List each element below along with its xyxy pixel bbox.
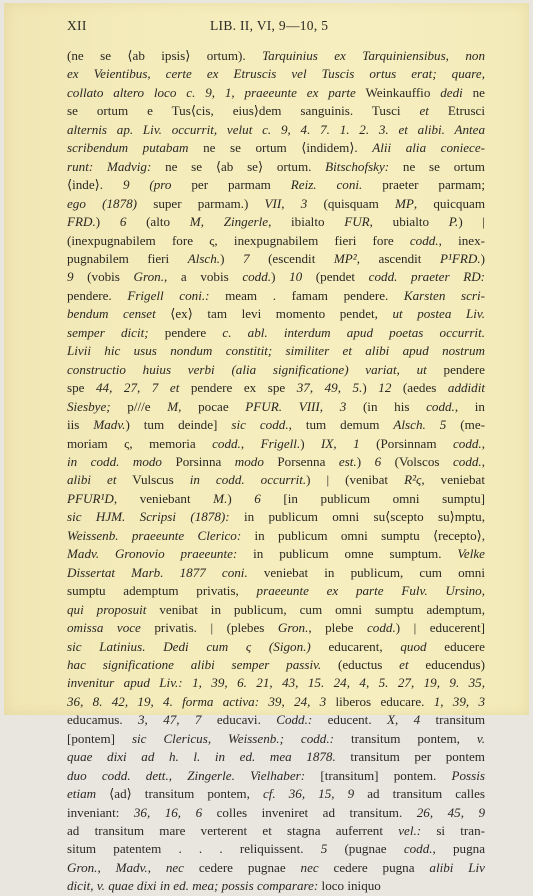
text-line: spe 44, 27, 7 et pendere ex spe 37, 49, …	[67, 379, 485, 397]
text-line: ⟨inde⟩. 9 (pro per parmam Reiz. coni. pr…	[67, 176, 485, 194]
text-line: (inexpugnabilem fore ς, inexpugnabilem f…	[67, 232, 485, 250]
text-line: scribendum putabam ne se ortum ⟨indidem⟩…	[67, 139, 485, 157]
text-line: Livii hic usus nondum constitit; similit…	[67, 342, 485, 360]
text-line: FRD.) 6 (alto M, Zingerle, ibialto FUR, …	[67, 213, 485, 231]
text-line: PFUR¹D, veniebant M.) 6 [in publicum omn…	[67, 490, 485, 508]
text-line: se ortum e Tus⟨cis, eius⟩dem sanguinis. …	[67, 102, 485, 120]
text-line: 36, 8. 42, 19, 4. forma activa: 39, 24, …	[67, 693, 485, 711]
scanned-page: XII LIB. II, VI, 9—10, 5 (ne se ⟨ab ipsi…	[4, 3, 529, 715]
text-line: Weissenb. praeeunte Clerico: in publicum…	[67, 527, 485, 545]
text-line: invenitur apud Liv.: 1, 39, 6. 21, 43, 1…	[67, 674, 485, 692]
text-line: educamus. 3, 47, 7 educavi. Codd.: educe…	[67, 711, 485, 724]
text-line: Dissertat Marb. 1877 coni. veniebat in p…	[67, 564, 485, 582]
text-line: sumptu ademptum privatis, praeeunte ex p…	[67, 582, 485, 600]
text-line: pugnabilem fieri Alsch.) 7 (escendit MP²…	[67, 250, 485, 268]
text-line: qui proposuit venibat in publicum, cum o…	[67, 601, 485, 619]
text-line: collato altero loco c. 9, 1, praeeunte e…	[67, 84, 485, 102]
page-number: XII	[67, 18, 87, 34]
text-line: omissa voce privatis. | (plebes Gron., p…	[67, 619, 485, 637]
text-line: constructio huius verbi (alia significat…	[67, 361, 485, 379]
text-line: alibi et Vulscus in codd. occurrit.) | (…	[67, 471, 485, 489]
text-line: sic HJM. Scripsi (1878): in publicum omn…	[67, 508, 485, 526]
text-line: sic Latinius. Dedi cum ς (Sigon.) educar…	[67, 638, 485, 656]
text-line: (ne se ⟨ab ipsis⟩ ortum). Tarquinius ex …	[67, 47, 485, 65]
text-line: alternis ap. Liv. occurrit, velut c. 9, …	[67, 121, 485, 139]
text-line: ex Veientibus, certe ex Etruscis vel Tus…	[67, 65, 485, 83]
text-line: 9 (vobis Gron., a vobis codd.) 10 (pende…	[67, 268, 485, 286]
text-line: ego (1878) super parmam.) VII, 3 (quisqu…	[67, 195, 485, 213]
running-title: LIB. II, VI, 9—10, 5	[210, 18, 328, 34]
text-line: semper dicit; pendere c. abl. interdum a…	[67, 324, 485, 342]
text-line: iis Madv.) tum deinde] sic codd., tum de…	[67, 416, 485, 434]
text-line: runt: Madvig: ne se ⟨ab se⟩ ortum. Bitsc…	[67, 158, 485, 176]
text-line: Madv. Gronovio praeeunte: in publicum om…	[67, 545, 485, 563]
text-line: in codd. modo Porsinna modo Porsenna est…	[67, 453, 485, 471]
running-header: XII LIB. II, VI, 9—10, 5	[67, 18, 481, 34]
text-line: hac significatione alibi semper passiv. …	[67, 656, 485, 674]
critical-apparatus-text: (ne se ⟨ab ipsis⟩ ortum). Tarquinius ex …	[67, 47, 485, 724]
text-line: Siesbye; p///e M, pocae PFUR. VIII, 3 (i…	[67, 398, 485, 416]
text-line: bendum censet ⟨ex⟩ tam levi momento pend…	[67, 305, 485, 323]
text-line: moriam ς, memoria codd., Frigell.) IX, 1…	[67, 435, 485, 453]
text-line: pendere. Frigell coni.: meam . famam pen…	[67, 287, 485, 305]
